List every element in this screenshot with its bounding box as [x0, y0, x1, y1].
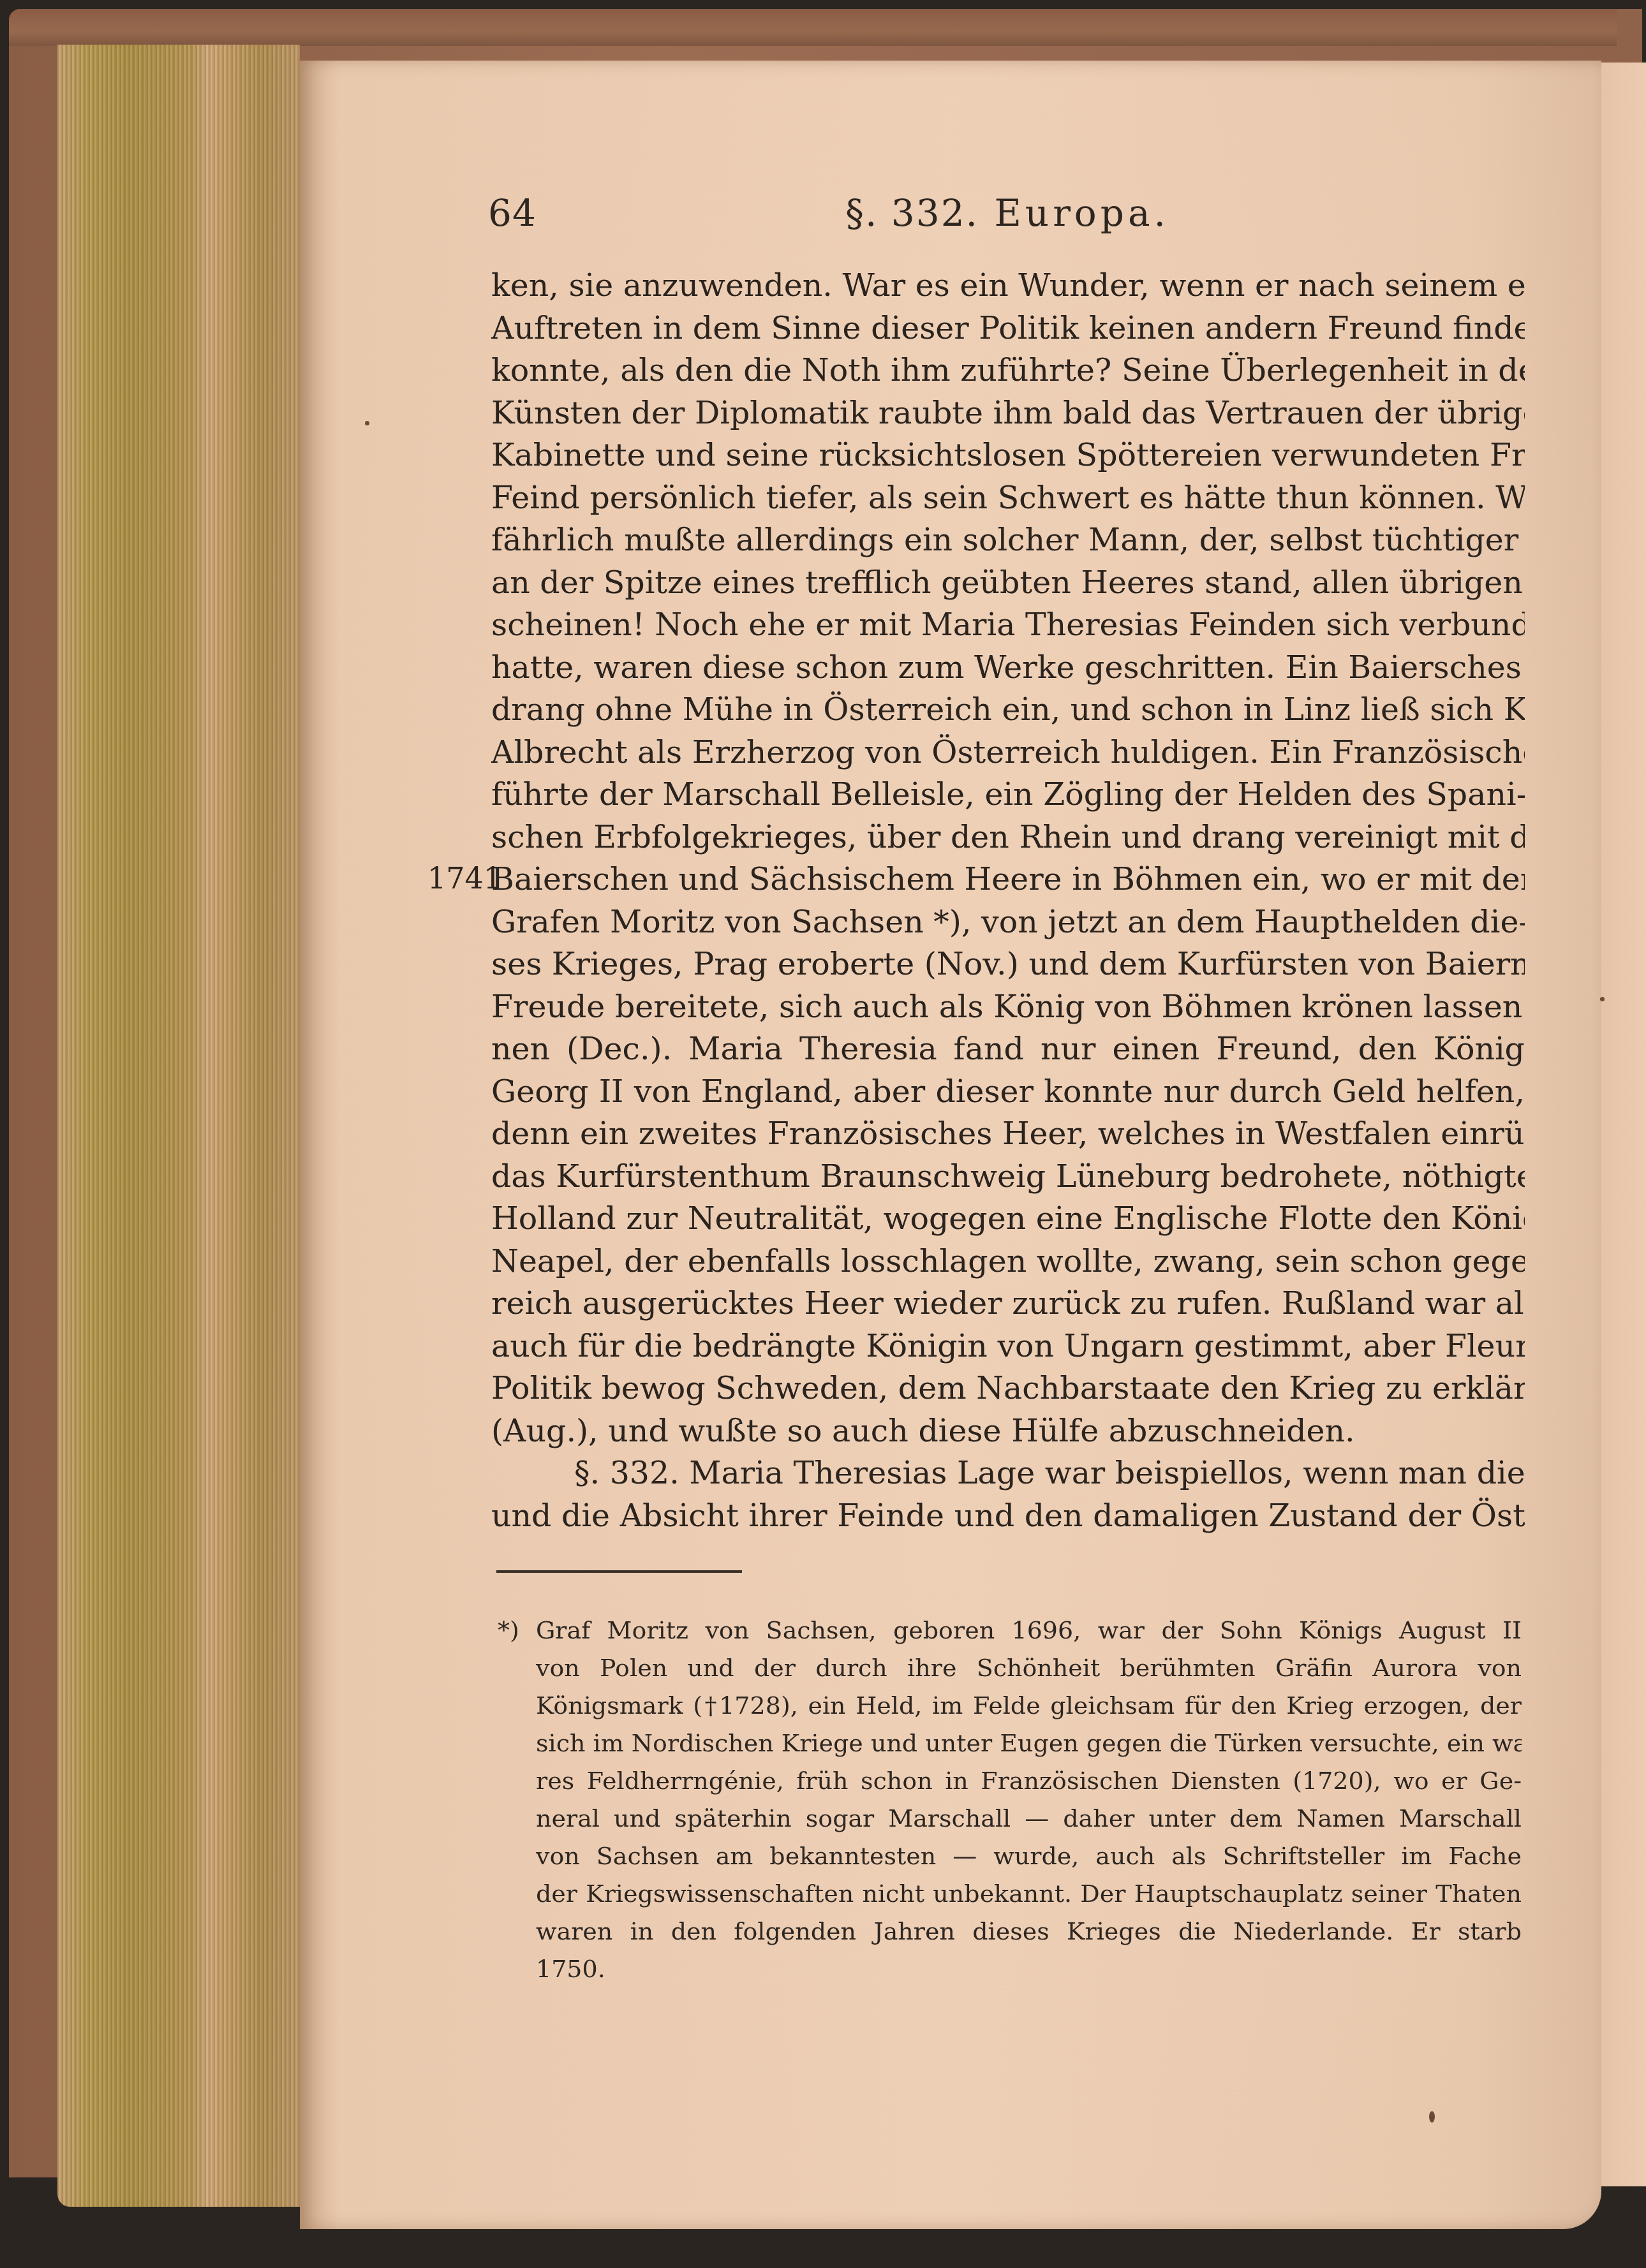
paper-speck	[365, 421, 369, 425]
body-line: Freude bereitete, sich auch als König vo…	[491, 986, 1525, 1029]
body-line: hatte, waren diese schon zum Werke gesch…	[491, 647, 1525, 689]
body-line: auch für die bedrängte Königin von Ungar…	[491, 1325, 1525, 1368]
body-line: führte der Marschall Belleisle, ein Zögl…	[491, 774, 1525, 816]
body-line: nen (Dec.). Maria Theresia fand nur eine…	[491, 1028, 1525, 1071]
body-line: Kabinette und seine rücksichtslosen Spöt…	[491, 434, 1525, 477]
body-line: und die Absicht ihrer Feinde und den dam…	[491, 1495, 1525, 1538]
page-number: 64	[488, 191, 537, 235]
paper-speck	[1600, 997, 1605, 1001]
footnote-marker: *)	[498, 1612, 519, 1649]
footnote-line: Graf Moritz von Sachsen, geboren 1696, w…	[536, 1612, 1522, 1649]
body-line: schen Erbfolgekrieges, über den Rhein un…	[491, 816, 1525, 859]
body-line: an der Spitze eines trefflich geübten He…	[491, 562, 1525, 605]
section-heading: §. 332. Europa.	[845, 191, 1169, 235]
body-line: ken, sie anzuwenden. War es ein Wunder, …	[491, 265, 1525, 307]
body-text: ken, sie anzuwenden. War es ein Wunder, …	[491, 265, 1525, 1537]
footnote-line: von Polen und der durch ihre Schönheit b…	[536, 1649, 1522, 1687]
footnote-line: Königsmark (†1728), ein Held, im Felde g…	[536, 1687, 1522, 1725]
book-cover-top-edge	[9, 9, 1617, 46]
page-edges-stack	[57, 45, 300, 2207]
section-sign: §. 332.	[845, 191, 979, 235]
paragraph-start-line: §. 332. Maria Theresias Lage war beispie…	[491, 1452, 1525, 1495]
footnote-separator	[496, 1570, 742, 1573]
body-line: (Aug.), und wußte so auch diese Hülfe ab…	[491, 1410, 1525, 1453]
body-line: Neapel, der ebenfalls losschlagen wollte…	[491, 1241, 1525, 1283]
section-title-text: Europa.	[994, 191, 1169, 235]
body-line: Auftreten in dem Sinne dieser Politik ke…	[491, 307, 1525, 350]
body-line: ses Krieges, Prag eroberte (Nov.) und de…	[491, 943, 1525, 986]
body-line: Politik bewog Schweden, dem Nachbarstaat…	[491, 1367, 1525, 1410]
body-line: konnte, als den die Noth ihm zuführte? S…	[491, 350, 1525, 392]
body-line: reich ausgerücktes Heer wieder zurück zu…	[491, 1283, 1525, 1325]
footnote-line: der Kriegswissenschaften nicht unbekannt…	[536, 1875, 1522, 1913]
footnote-line: neral und späterhin sogar Marschall — da…	[536, 1800, 1522, 1837]
body-line: fährlich mußte allerdings ein solcher Ma…	[491, 519, 1525, 562]
footnote-line: von Sachsen am bekanntesten — wurde, auc…	[536, 1837, 1522, 1875]
body-line: Künsten der Diplomatik raubte ihm bald d…	[491, 392, 1525, 435]
body-line: Feind persönlich tiefer, als sein Schwer…	[491, 477, 1525, 520]
paper-speck	[1429, 2111, 1435, 2123]
body-line: Grafen Moritz von Sachsen *), von jetzt …	[491, 901, 1525, 944]
footnote-line: 1750.	[536, 1950, 1522, 1988]
body-line: drang ohne Mühe in Österreich ein, und s…	[491, 689, 1525, 732]
body-line: Holland zur Neutralität, wogegen eine En…	[491, 1198, 1525, 1241]
footnote: *) Graf Moritz von Sachsen, geboren 1696…	[536, 1612, 1522, 1988]
body-line: das Kurfürstenthum Braunschweig Lüneburg…	[491, 1156, 1525, 1198]
body-line: scheinen! Noch ehe er mit Maria Theresia…	[491, 604, 1525, 647]
body-line: Georg II von England, aber dieser konnte…	[491, 1071, 1525, 1114]
body-line: Albrecht als Erzherzog von Österreich hu…	[491, 732, 1525, 774]
footnote-line: sich im Nordischen Kriege und unter Euge…	[536, 1725, 1522, 1762]
footnote-line: res Feldherrngénie, früh schon in Franzö…	[536, 1762, 1522, 1800]
footnote-line: waren in den folgenden Jahren dieses Kri…	[536, 1913, 1522, 1950]
running-header: 64 §. 332. Europa.	[488, 191, 1522, 242]
body-line: Baierschen und Sächsischem Heere in Böhm…	[491, 858, 1525, 901]
body-line: denn ein zweites Französisches Heer, wel…	[491, 1113, 1525, 1156]
